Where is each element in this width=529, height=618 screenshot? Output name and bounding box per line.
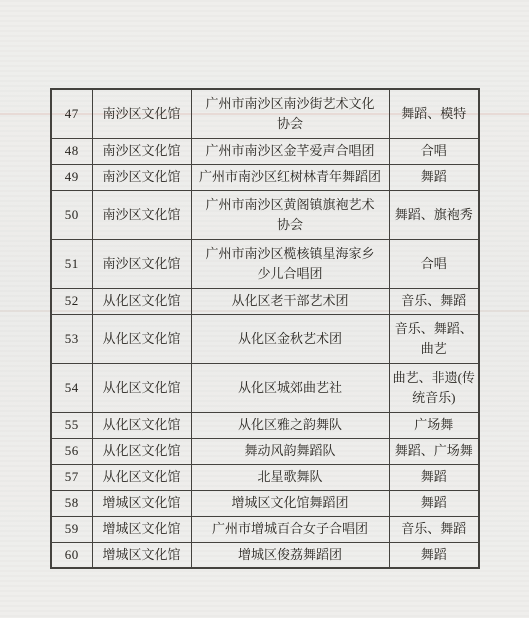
cell-number: 55 (51, 412, 92, 438)
cell-organization: 广州市南沙区黄阁镇旗袍艺术 协会 (191, 190, 389, 239)
cell-number: 49 (51, 164, 92, 190)
cell-organization: 广州市南沙区南沙街艺术文化 协会 (191, 89, 389, 138)
cell-number: 53 (51, 314, 92, 363)
cell-culture-center: 从化区文化馆 (92, 438, 191, 464)
table-row: 59 增城区文化馆 广州市增城百合女子合唱团 音乐、舞蹈 (51, 516, 479, 542)
cell-culture-center: 南沙区文化馆 (92, 190, 191, 239)
cell-organization: 从化区金秋艺术团 (191, 314, 389, 363)
cell-organization: 从化区老干部艺术团 (191, 288, 389, 314)
cell-number: 57 (51, 464, 92, 490)
cell-culture-center: 增城区文化馆 (92, 542, 191, 568)
performing-groups-table: 47 南沙区文化馆 广州市南沙区南沙街艺术文化 协会 舞蹈、模特 48 南沙区文… (50, 88, 480, 569)
table-row: 55 从化区文化馆 从化区雅之韵舞队 广场舞 (51, 412, 479, 438)
cell-art-types: 合唱 (389, 239, 479, 288)
cell-art-types: 广场舞 (389, 412, 479, 438)
cell-number: 56 (51, 438, 92, 464)
cell-art-types: 舞蹈、模特 (389, 89, 479, 138)
scanned-document-page: 47 南沙区文化馆 广州市南沙区南沙街艺术文化 协会 舞蹈、模特 48 南沙区文… (0, 0, 529, 618)
cell-culture-center: 从化区文化馆 (92, 314, 191, 363)
cell-culture-center: 从化区文化馆 (92, 363, 191, 412)
table-row: 56 从化区文化馆 舞动风韵舞蹈队 舞蹈、广场舞 (51, 438, 479, 464)
table-row: 51 南沙区文化馆 广州市南沙区榄核镇星海家乡 少儿合唱团 合唱 (51, 239, 479, 288)
table-row: 60 增城区文化馆 增城区俊荔舞蹈团 舞蹈 (51, 542, 479, 568)
table-row: 54 从化区文化馆 从化区城郊曲艺社 曲艺、非遗(传 统音乐) (51, 363, 479, 412)
cell-art-types: 曲艺、非遗(传 统音乐) (389, 363, 479, 412)
cell-number: 59 (51, 516, 92, 542)
cell-culture-center: 增城区文化馆 (92, 516, 191, 542)
cell-culture-center: 从化区文化馆 (92, 412, 191, 438)
cell-organization: 增城区文化馆舞蹈团 (191, 490, 389, 516)
cell-art-types: 舞蹈、广场舞 (389, 438, 479, 464)
cell-art-types: 音乐、舞蹈 (389, 288, 479, 314)
cell-number: 47 (51, 89, 92, 138)
cell-number: 51 (51, 239, 92, 288)
table-row: 50 南沙区文化馆 广州市南沙区黄阁镇旗袍艺术 协会 舞蹈、旗袍秀 (51, 190, 479, 239)
table-row: 47 南沙区文化馆 广州市南沙区南沙街艺术文化 协会 舞蹈、模特 (51, 89, 479, 138)
cell-culture-center: 增城区文化馆 (92, 490, 191, 516)
cell-art-types: 合唱 (389, 138, 479, 164)
cell-organization: 广州市南沙区金芊爱声合唱团 (191, 138, 389, 164)
cell-number: 50 (51, 190, 92, 239)
cell-culture-center: 南沙区文化馆 (92, 239, 191, 288)
cell-organization: 广州市南沙区榄核镇星海家乡 少儿合唱团 (191, 239, 389, 288)
cell-organization: 从化区雅之韵舞队 (191, 412, 389, 438)
cell-organization: 从化区城郊曲艺社 (191, 363, 389, 412)
cell-art-types: 舞蹈、旗袍秀 (389, 190, 479, 239)
cell-culture-center: 从化区文化馆 (92, 288, 191, 314)
cell-culture-center: 南沙区文化馆 (92, 138, 191, 164)
cell-art-types: 舞蹈 (389, 542, 479, 568)
cell-art-types: 音乐、舞蹈、 曲艺 (389, 314, 479, 363)
table-body: 47 南沙区文化馆 广州市南沙区南沙街艺术文化 协会 舞蹈、模特 48 南沙区文… (51, 89, 479, 568)
cell-art-types: 舞蹈 (389, 164, 479, 190)
cell-number: 52 (51, 288, 92, 314)
cell-number: 48 (51, 138, 92, 164)
cell-organization: 舞动风韵舞蹈队 (191, 438, 389, 464)
table-row: 58 增城区文化馆 增城区文化馆舞蹈团 舞蹈 (51, 490, 479, 516)
cell-organization: 广州市南沙区红树林青年舞蹈团 (191, 164, 389, 190)
cell-number: 58 (51, 490, 92, 516)
cell-culture-center: 南沙区文化馆 (92, 89, 191, 138)
table-row: 49 南沙区文化馆 广州市南沙区红树林青年舞蹈团 舞蹈 (51, 164, 479, 190)
cell-art-types: 音乐、舞蹈 (389, 516, 479, 542)
cell-culture-center: 南沙区文化馆 (92, 164, 191, 190)
table-row: 57 从化区文化馆 北星歌舞队 舞蹈 (51, 464, 479, 490)
cell-art-types: 舞蹈 (389, 464, 479, 490)
cell-organization: 北星歌舞队 (191, 464, 389, 490)
table-row: 52 从化区文化馆 从化区老干部艺术团 音乐、舞蹈 (51, 288, 479, 314)
table-row: 53 从化区文化馆 从化区金秋艺术团 音乐、舞蹈、 曲艺 (51, 314, 479, 363)
cell-culture-center: 从化区文化馆 (92, 464, 191, 490)
table-row: 48 南沙区文化馆 广州市南沙区金芊爱声合唱团 合唱 (51, 138, 479, 164)
cell-organization: 增城区俊荔舞蹈团 (191, 542, 389, 568)
cell-number: 54 (51, 363, 92, 412)
cell-number: 60 (51, 542, 92, 568)
cell-art-types: 舞蹈 (389, 490, 479, 516)
cell-organization: 广州市增城百合女子合唱团 (191, 516, 389, 542)
